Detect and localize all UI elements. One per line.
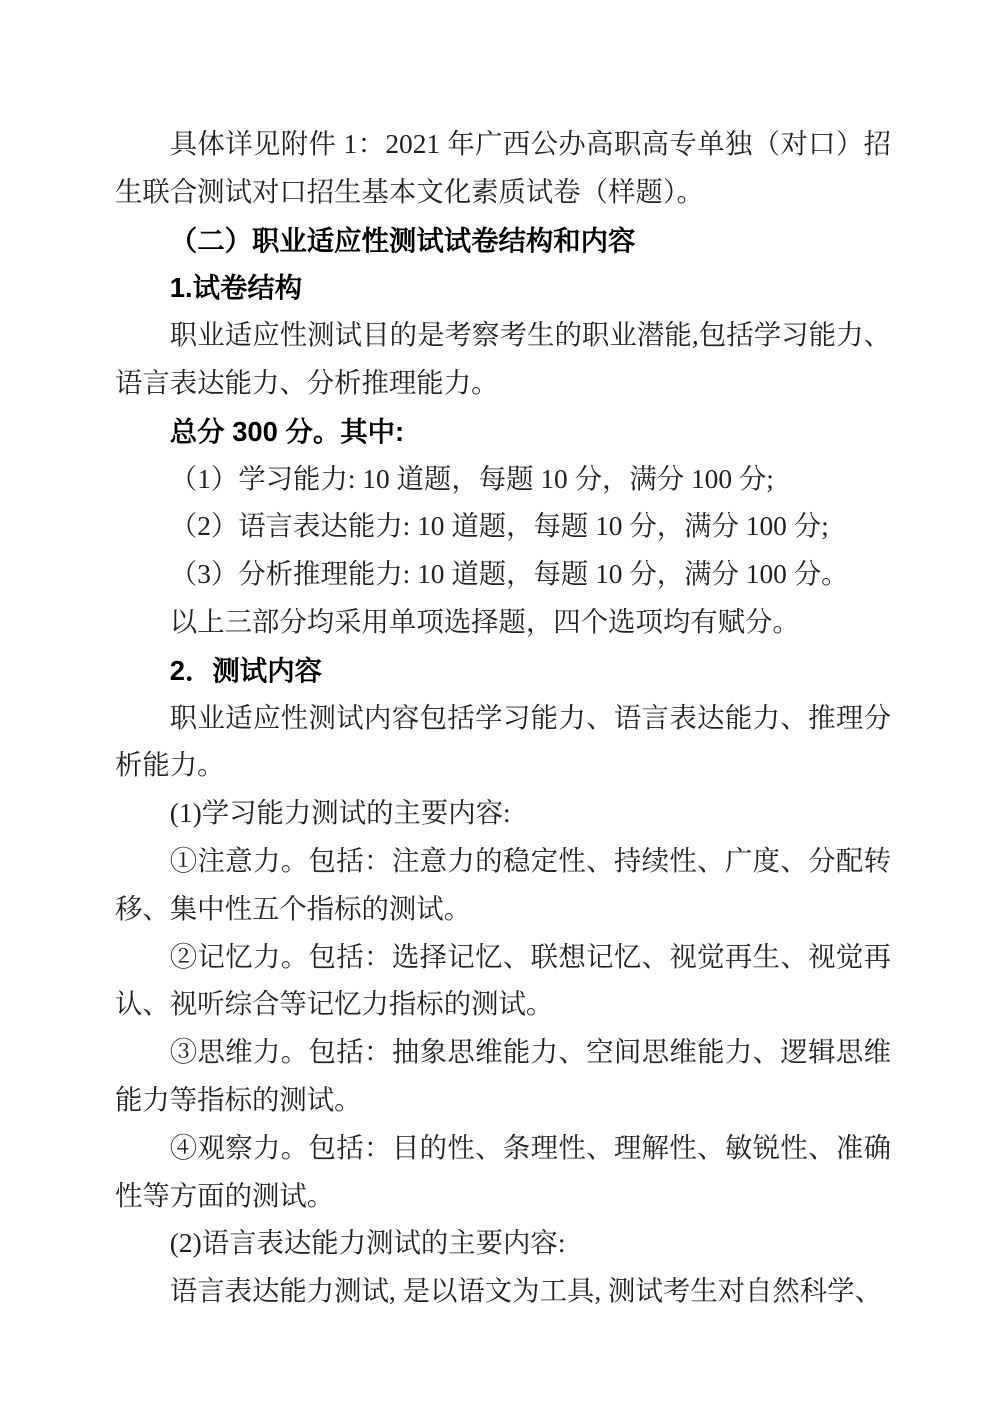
section-heading: （二）职业适应性测试试卷结构和内容	[115, 217, 891, 265]
paragraph: 职业适应性测试内容包括学习能力、语言表达能力、推理分析能力。	[115, 695, 891, 791]
section-heading: 2．测试内容	[115, 647, 891, 695]
section-heading: 1.试卷结构	[115, 264, 891, 312]
paragraph: 语言表达能力测试, 是以语文为工具, 测试考生对自然科学、	[115, 1268, 891, 1316]
paragraph: ①注意力。包括：注意力的稳定性、持续性、广度、分配转移、集中性五个指标的测试。	[115, 838, 891, 934]
paragraph: ③思维力。包括：抽象思维能力、空间思维能力、逻辑思维能力等指标的测试。	[115, 1029, 891, 1125]
paragraph: （3）分析推理能力: 10 道题，每题 10 分，满分 100 分。	[115, 551, 891, 599]
paragraph: 职业适应性测试目的是考察考生的职业潜能,包括学习能力、语言表达能力、分析推理能力…	[115, 312, 891, 408]
paragraph: （2）语言表达能力: 10 道题，每题 10 分，满分 100 分;	[115, 503, 891, 551]
document-content: 具体详见附件 1：2021 年广西公办高职高专单独（对口）招生联合测试对口招生基…	[115, 121, 891, 1316]
paragraph: (1)学习能力测试的主要内容:	[115, 790, 891, 838]
paragraph: (2)语言表达能力测试的主要内容:	[115, 1220, 891, 1268]
paragraph: ④观察力。包括：目的性、条理性、理解性、敏锐性、准确性等方面的测试。	[115, 1125, 891, 1221]
paragraph: 具体详见附件 1：2021 年广西公办高职高专单独（对口）招生联合测试对口招生基…	[115, 121, 891, 217]
paragraph: （1）学习能力: 10 道题，每题 10 分，满分 100 分;	[115, 456, 891, 504]
paragraph: ②记忆力。包括：选择记忆、联想记忆、视觉再生、视觉再认、视听综合等记忆力指标的测…	[115, 934, 891, 1030]
document-page: 具体详见附件 1：2021 年广西公办高职高专单独（对口）招生联合测试对口招生基…	[0, 0, 1000, 1414]
paragraph: 以上三部分均采用单项选择题，四个选项均有赋分。	[115, 599, 891, 647]
section-heading: 总分 300 分。其中:	[115, 408, 891, 456]
